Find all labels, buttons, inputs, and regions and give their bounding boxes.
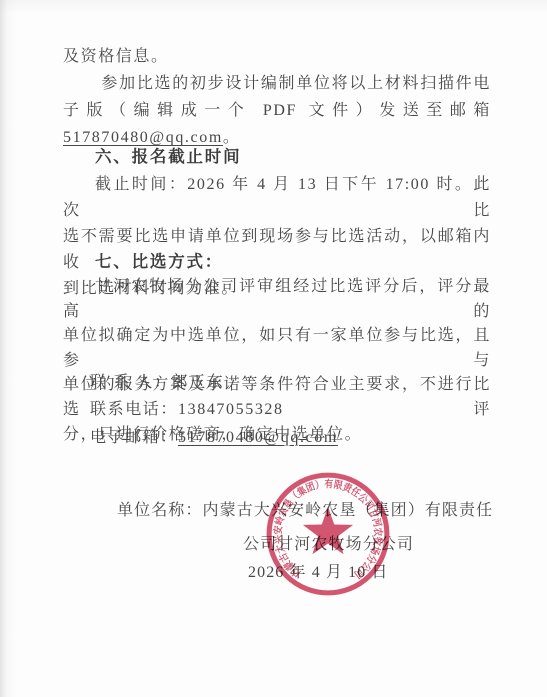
contact-email-row: 电子邮箱：517870480@qq.com	[90, 424, 338, 451]
contact-person-row: 联 系 人：郎玉东	[90, 369, 338, 396]
contact-person-label: 联 系 人：	[90, 374, 172, 391]
email-link[interactable]: 517870480@qq.com	[63, 129, 223, 146]
scanned-document-page: 及资格信息。 参加比选的初步设计编制单位将以上材料扫描件电 子版（编辑成一个 P…	[0, 0, 547, 697]
intro-tail-line: 及资格信息。	[63, 43, 491, 70]
org-name-line-2: 公司甘河农牧场分公司	[243, 534, 414, 556]
email-suffix: 。	[223, 129, 241, 146]
signature-org-row: 单位名称：内蒙古大兴安岭农垦（集团）有限责任	[117, 500, 493, 522]
section-6-heading: 六、报名截止时间	[95, 146, 241, 168]
submission-line-1: 参加比选的初步设计编制单位将以上材料扫描件电	[63, 70, 491, 97]
signature-date: 2026 年 4 月 10 日	[248, 562, 389, 584]
section-7-heading: 七、比选方式：	[95, 251, 223, 273]
org-name-line-1: 内蒙古大兴安岭农垦（集团）有限责任	[203, 502, 494, 519]
submission-paragraph: 及资格信息。 参加比选的初步设计编制单位将以上材料扫描件电 子版（编辑成一个 P…	[63, 43, 491, 151]
section-6-line-1: 截止时间：2026 年 4 月 13 日下午 17:00 时。此次比	[63, 172, 491, 224]
contact-email-link[interactable]: 517870480@qq.com	[178, 429, 338, 446]
section-7-line-1: 甘河农牧场分公司评审组经过比选评分后，评分最高的	[63, 275, 491, 324]
contact-block: 联 系 人：郎玉东 联系电话：13847055328 电子邮箱：51787048…	[90, 369, 338, 451]
contact-person-value: 郎玉东	[172, 374, 225, 391]
contact-phone-label: 联系电话：	[90, 401, 178, 418]
org-name-label: 单位名称：	[117, 502, 203, 519]
contact-phone-value: 13847055328	[178, 401, 284, 418]
section-7-line-2: 单位拟确定为中选单位，如只有一家单位参与比选，且参与	[63, 324, 491, 373]
contact-email-label: 电子邮箱：	[90, 429, 178, 446]
contact-phone-row: 联系电话：13847055328	[90, 396, 338, 423]
submission-line-2: 子版（编辑成一个 PDF 文件）发送至邮箱	[63, 97, 491, 124]
